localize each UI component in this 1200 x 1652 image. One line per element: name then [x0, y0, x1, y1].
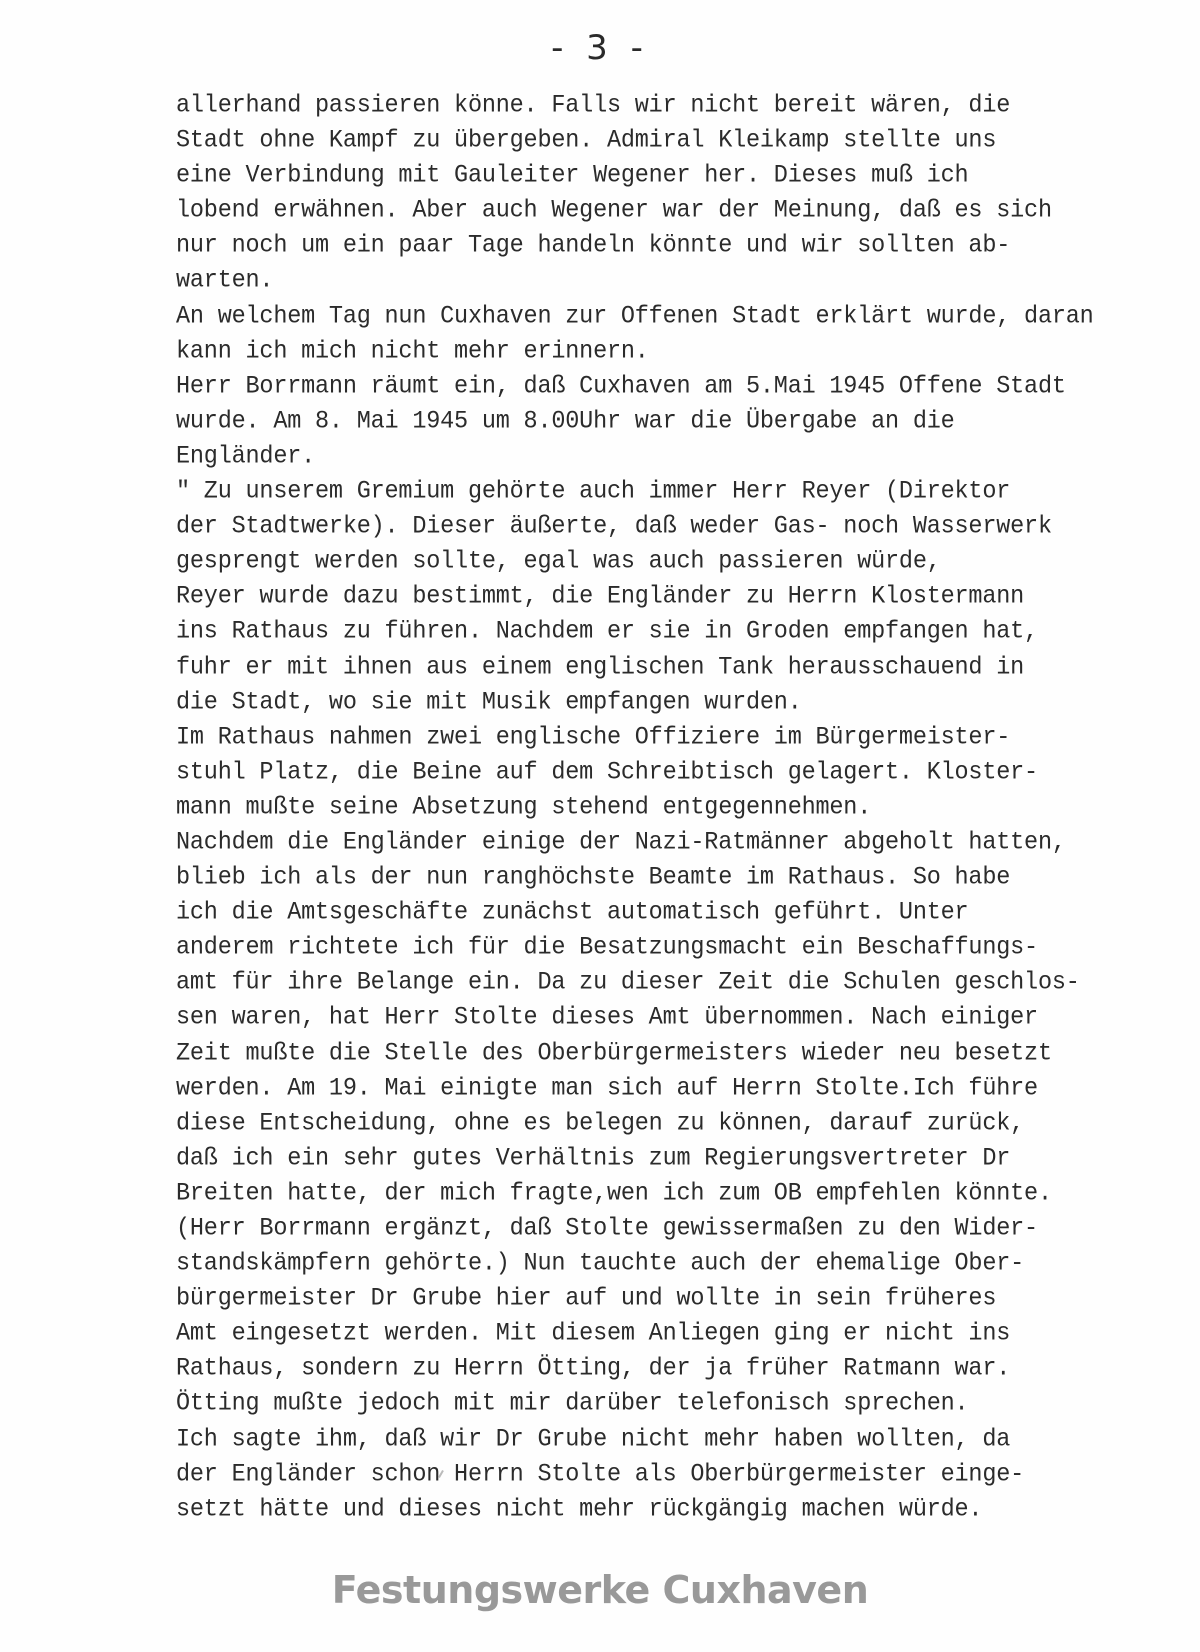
text-line: Zeit mußte die Stelle des Oberbürgermeis… [176, 1034, 1136, 1072]
text-line: Breiten hatte, der mich fragte,wen ich z… [176, 1175, 1136, 1213]
text-line: bürgermeister Dr Grube hier auf und woll… [176, 1280, 1136, 1318]
text-line: Engländer. [176, 438, 1136, 476]
text-line: Ich sagte ihm, daß wir Dr Grube nicht me… [176, 1420, 1136, 1458]
text-line: fuhr er mit ihnen aus einem englischen T… [176, 648, 1136, 686]
text-line: nur noch um ein paar Tage handeln könnte… [176, 227, 1136, 265]
text-line: Rathaus, sondern zu Herrn Ötting, der ja… [176, 1350, 1136, 1388]
text-line: standskämpfern gehörte.) Nun tauchte auc… [176, 1245, 1136, 1283]
text-line: Herr Borrmann räumt ein, daß Cuxhaven am… [176, 367, 1136, 405]
text-line: ins Rathaus zu führen. Nachdem er sie in… [176, 613, 1136, 651]
page-number: - 3 - [0, 28, 1200, 68]
text-line: " Zu unserem Gremium gehörte auch immer … [176, 473, 1136, 511]
document-page: - 3 - allerhand passieren könne. Falls w… [0, 0, 1200, 1652]
text-line: die Stadt, wo sie mit Musik empfangen wu… [176, 683, 1136, 721]
text-line: anderem richtete ich für die Besatzungsm… [176, 929, 1136, 967]
text-line: der Stadtwerke). Dieser äußerte, daß wed… [176, 508, 1136, 546]
text-line: gesprengt werden sollte, egal was auch p… [176, 543, 1136, 581]
text-line: sen waren, hat Herr Stolte dieses Amt üb… [176, 999, 1136, 1037]
text-line: Ötting mußte jedoch mit mir darüber tele… [176, 1385, 1136, 1423]
text-line: Reyer wurde dazu bestimmt, die Engländer… [176, 578, 1136, 616]
text-line: wurde. Am 8. Mai 1945 um 8.00Uhr war die… [176, 402, 1136, 440]
text-line: Stadt ohne Kampf zu übergeben. Admiral K… [176, 122, 1136, 160]
text-line: Im Rathaus nahmen zwei englische Offizie… [176, 718, 1136, 756]
text-line: allerhand passieren könne. Falls wir nic… [176, 87, 1136, 125]
text-line: Amt eingesetzt werden. Mit diesem Anlieg… [176, 1315, 1136, 1353]
text-line: setzt hätte und dieses nicht mehr rückgä… [176, 1490, 1136, 1528]
text-line: ich die Amtsgeschäfte zunächst automatis… [176, 894, 1136, 932]
text-line: diese Entscheidung, ohne es belegen zu k… [176, 1104, 1136, 1142]
text-line: mann mußte seine Absetzung stehend entge… [176, 788, 1136, 826]
text-line: werden. Am 19. Mai einigte man sich auf … [176, 1069, 1136, 1107]
text-line: warten. [176, 262, 1136, 300]
text-line: Nachdem die Engländer einige der Nazi-Ra… [176, 824, 1136, 862]
text-line: lobend erwähnen. Aber auch Wegener war d… [176, 192, 1136, 230]
text-line: blieb ich als der nun ranghöchste Beamte… [176, 859, 1136, 897]
typewritten-body: allerhand passieren könne. Falls wir nic… [176, 88, 1136, 1527]
watermark: Festungswerke Cuxhaven [0, 1568, 1200, 1612]
text-line: kann ich mich nicht mehr erinnern. [176, 332, 1136, 370]
text-line: der Engländer schon Herrn Stolte als Obe… [176, 1455, 1136, 1493]
text-line: An welchem Tag nun Cuxhaven zur Offenen … [176, 297, 1136, 335]
text-line: daß ich ein sehr gutes Verhältnis zum Re… [176, 1139, 1136, 1177]
text-line: eine Verbindung mit Gauleiter Wegener he… [176, 157, 1136, 195]
text-line: amt für ihre Belange ein. Da zu dieser Z… [176, 964, 1136, 1002]
text-line: stuhl Platz, die Beine auf dem Schreibti… [176, 753, 1136, 791]
text-line: (Herr Borrmann ergänzt, daß Stolte gewis… [176, 1210, 1136, 1248]
